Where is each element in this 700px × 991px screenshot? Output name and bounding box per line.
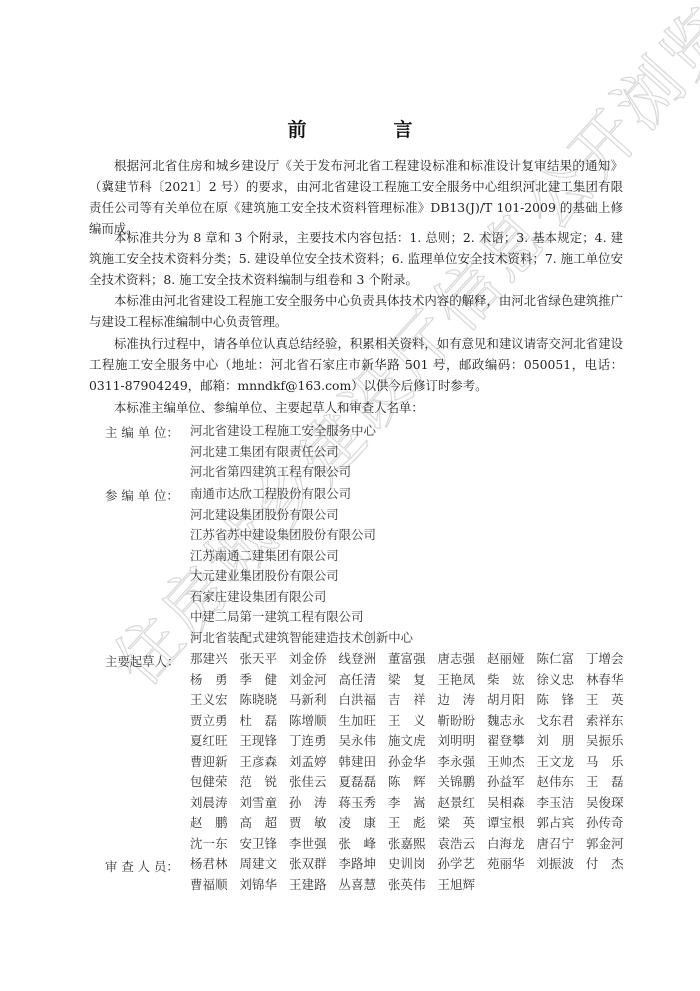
person-name: 苑丽华 — [487, 854, 537, 875]
person-name: 陈仁富 — [537, 649, 587, 670]
chief-units-label: 主 编 单 位： — [105, 423, 179, 441]
person-name: 丛喜慧 — [339, 875, 389, 896]
person-name: 柴 竑 — [487, 670, 537, 691]
person-name: 马新利 — [289, 690, 339, 711]
paragraph-contents: 本标准共分为 8 章和 3 个附录，主要技术内容包括：1. 总则；2. 术语；3… — [89, 227, 623, 290]
chief-units-list: 河北省建设工程施工安全服务中心 河北建工集团有限责任公司 河北省第四建筑工程有限… — [190, 421, 376, 483]
drafters-label: 主要起草人： — [105, 652, 179, 670]
person-name: 周建文 — [240, 854, 290, 875]
person-name: 王 义 — [388, 711, 438, 732]
person-name: 刘金侨 — [289, 649, 339, 670]
person-name: 刘晨涛 — [190, 793, 240, 814]
person-name: 生加旺 — [339, 711, 389, 732]
person-name: 王 彪 — [388, 813, 438, 834]
name-row: 那建兴张天平刘金侨线登洲董富强唐志强赵丽娅陈仁富丁增会 — [190, 649, 636, 670]
participating-units-list: 南通市达欣工程股份有限公司 河北建设集团股份有限公司 江苏省苏中建设集团股份有限… — [190, 484, 413, 648]
person-name: 张嘉熙 — [388, 834, 438, 855]
name-row: 沈一东安卫锋李世强张 峰张嘉熙袁浩云白海龙唐召宁郭金河 — [190, 834, 636, 855]
person-name: 韩建田 — [339, 752, 389, 773]
person-name: 吉 祥 — [388, 690, 438, 711]
person-name: 陈晓晓 — [240, 690, 290, 711]
person-name: 王 英 — [586, 690, 636, 711]
chief-unit: 河北建工集团有限责任公司 — [190, 442, 376, 463]
person-name: 范 锐 — [240, 772, 290, 793]
reviewers-table: 杨君林周建文张双群李路坤史训岗孙学艺苑丽华刘振波付 杰曹福顺刘锦华王建路丛喜慧张… — [190, 854, 636, 895]
chief-unit: 河北省建设工程施工安全服务中心 — [190, 421, 376, 442]
person-name: 凌 康 — [339, 813, 389, 834]
person-name: 赵丽娅 — [487, 649, 537, 670]
reviewers-label: 审 查 人 员： — [105, 857, 179, 875]
person-name: 陈增顺 — [289, 711, 339, 732]
person-name: 唐志强 — [438, 649, 488, 670]
document-page: 住房城乡建设厅信息公开浏览 前 言 根据河北省住房和城乡建设厅《关于发布河北省工… — [0, 0, 700, 991]
person-name: 关锦鹏 — [438, 772, 488, 793]
name-row: 杨 勇季 健刘金河高任清梁 复王艳凤柴 竑徐义忠林春华 — [190, 670, 636, 691]
person-name: 刘雪童 — [240, 793, 290, 814]
person-name: 付 杰 — [586, 854, 636, 875]
person-name: 曹福顺 — [190, 875, 240, 896]
chief-unit: 河北省第四建筑工程有限公司 — [190, 462, 376, 483]
person-name: 白海龙 — [487, 834, 537, 855]
person-name: 李玉洁 — [537, 793, 587, 814]
participating-units-label: 参 编 单 位： — [105, 486, 179, 504]
person-name: 张英伟 — [388, 875, 438, 896]
person-name: 李 嵩 — [388, 793, 438, 814]
person-name: 刘锦华 — [240, 875, 290, 896]
person-name: 张天平 — [240, 649, 290, 670]
person-name: 王文龙 — [537, 752, 587, 773]
participating-unit: 江苏省苏中建设集团股份有限公司 — [190, 525, 413, 546]
person-name: 王现锋 — [240, 731, 290, 752]
person-name: 李世强 — [289, 834, 339, 855]
person-name: 郭金河 — [586, 834, 636, 855]
person-name: 杜 磊 — [240, 711, 290, 732]
name-row: 刘晨涛刘雪童孙 涛蒋玉秀李 嵩赵景红吴相森李玉洁吴俊琛 — [190, 793, 636, 814]
person-name: 刘振波 — [537, 854, 587, 875]
person-name: 翟登攀 — [487, 731, 537, 752]
name-row: 赵 鹏高 超贾 敏凌 康王 彪梁 英谭宝根郭占宾孙传奇 — [190, 813, 636, 834]
drafters-table: 那建兴张天平刘金侨线登洲董富强唐志强赵丽娅陈仁富丁增会杨 勇季 健刘金河高任清梁… — [190, 649, 636, 854]
person-name: 陈 辉 — [388, 772, 438, 793]
person-name: 赵伟东 — [537, 772, 587, 793]
name-row: 包健荣范 锐张佳云夏磊磊陈 辉关锦鹏孙益军赵伟东王 磊 — [190, 772, 636, 793]
person-name: 袁浩云 — [438, 834, 488, 855]
person-name: 施文虎 — [388, 731, 438, 752]
person-name: 谭宝根 — [487, 813, 537, 834]
person-name: 吴俊琛 — [586, 793, 636, 814]
participating-unit: 南通市达欣工程股份有限公司 — [190, 484, 413, 505]
person-name: 索祥东 — [586, 711, 636, 732]
person-name: 刘 朋 — [537, 731, 587, 752]
name-row: 夏红旺王现锋丁连勇吴永伟施文虎刘明明翟登攀刘 朋吴振乐 — [190, 731, 636, 752]
person-name: 边 涛 — [438, 690, 488, 711]
person-name: 那建兴 — [190, 649, 240, 670]
person-name: 林春华 — [586, 670, 636, 691]
person-name: 线登洲 — [339, 649, 389, 670]
person-name: 徐义忠 — [537, 670, 587, 691]
person-name: 高任清 — [339, 670, 389, 691]
name-row: 王义宏陈晓晓马新利白洪福吉 祥边 涛胡月阳陈 锋王 英 — [190, 690, 636, 711]
person-name: 曹迎新 — [190, 752, 240, 773]
person-name: 孙金华 — [388, 752, 438, 773]
person-name: 王帅杰 — [487, 752, 537, 773]
participating-unit: 河北建设集团股份有限公司 — [190, 505, 413, 526]
person-name: 王艳凤 — [438, 670, 488, 691]
person-name: 张佳云 — [289, 772, 339, 793]
person-name: 王旭辉 — [438, 875, 488, 896]
person-name: 王 磊 — [586, 772, 636, 793]
person-name: 杨 勇 — [190, 670, 240, 691]
person-name: 吴振乐 — [586, 731, 636, 752]
person-name: 赵景红 — [438, 793, 488, 814]
person-name: 张双群 — [289, 854, 339, 875]
person-name: 高 超 — [240, 813, 290, 834]
person-name: 魏志永 — [487, 711, 537, 732]
person-name: 丁连勇 — [289, 731, 339, 752]
person-name: 董富强 — [388, 649, 438, 670]
page-title: 前 言 — [0, 115, 700, 142]
participating-unit: 大元建业集团股份有限公司 — [190, 566, 413, 587]
person-name: 张 峰 — [339, 834, 389, 855]
person-name: 贾立勇 — [190, 711, 240, 732]
paragraph-feedback: 标准执行过程中，请各单位认真总结经验，积累相关资料，如有意见和建议请寄交河北省建… — [89, 333, 623, 396]
person-name: 陈 锋 — [537, 690, 587, 711]
person-name: 马 乐 — [586, 752, 636, 773]
person-name: 郭占宾 — [537, 813, 587, 834]
participating-unit: 中建二局第一建筑工程有限公司 — [190, 607, 413, 628]
person-name: 唐召宁 — [537, 834, 587, 855]
name-row: 曹福顺刘锦华王建路丛喜慧张英伟王旭辉 — [190, 875, 636, 896]
person-name: 吴相森 — [487, 793, 537, 814]
person-name: 包健荣 — [190, 772, 240, 793]
participating-unit: 江苏南通二建集团有限公司 — [190, 546, 413, 567]
person-name: 刘孟婷 — [289, 752, 339, 773]
paragraph-list-intro: 本标准主编单位、参编单位、主要起草人和审查人名单： — [89, 397, 623, 418]
person-name: 杨君林 — [190, 854, 240, 875]
participating-unit: 河北省装配式建筑智能建造技术创新中心 — [190, 628, 413, 649]
person-name: 孙传奇 — [586, 813, 636, 834]
person-name: 王彦森 — [240, 752, 290, 773]
person-name: 靳盼盼 — [438, 711, 488, 732]
person-name: 丁增会 — [586, 649, 636, 670]
person-name: 季 健 — [240, 670, 290, 691]
person-name: 孙 涛 — [289, 793, 339, 814]
participating-unit: 石家庄建设集团有限公司 — [190, 587, 413, 608]
person-name: 孙益军 — [487, 772, 537, 793]
person-name: 夏磊磊 — [339, 772, 389, 793]
name-row: 杨君林周建文张双群李路坤史训岗孙学艺苑丽华刘振波付 杰 — [190, 854, 636, 875]
person-name: 吴永伟 — [339, 731, 389, 752]
person-name: 戈东君 — [537, 711, 587, 732]
person-name: 李永强 — [438, 752, 488, 773]
person-name: 刘明明 — [438, 731, 488, 752]
name-row: 贾立勇杜 磊陈增顺生加旺王 义靳盼盼魏志永戈东君索祥东 — [190, 711, 636, 732]
person-name: 贾 敏 — [289, 813, 339, 834]
person-name: 安卫锋 — [240, 834, 290, 855]
person-name: 沈一东 — [190, 834, 240, 855]
person-name: 蒋玉秀 — [339, 793, 389, 814]
paragraph-interpretation: 本标准由河北省建设工程施工安全服务中心负责具体技术内容的解释，由河北省绿色建筑推… — [89, 290, 623, 332]
person-name: 史训岗 — [388, 854, 438, 875]
person-name: 胡月阳 — [487, 690, 537, 711]
person-name: 白洪福 — [339, 690, 389, 711]
person-name: 刘金河 — [289, 670, 339, 691]
person-name: 王建路 — [289, 875, 339, 896]
person-name: 赵 鹏 — [190, 813, 240, 834]
name-row: 曹迎新王彦森刘孟婷韩建田孙金华李永强王帅杰王文龙马 乐 — [190, 752, 636, 773]
person-name: 王义宏 — [190, 690, 240, 711]
person-name: 孙学艺 — [438, 854, 488, 875]
person-name: 梁 复 — [388, 670, 438, 691]
person-name: 夏红旺 — [190, 731, 240, 752]
person-name: 李路坤 — [339, 854, 389, 875]
person-name: 梁 英 — [438, 813, 488, 834]
